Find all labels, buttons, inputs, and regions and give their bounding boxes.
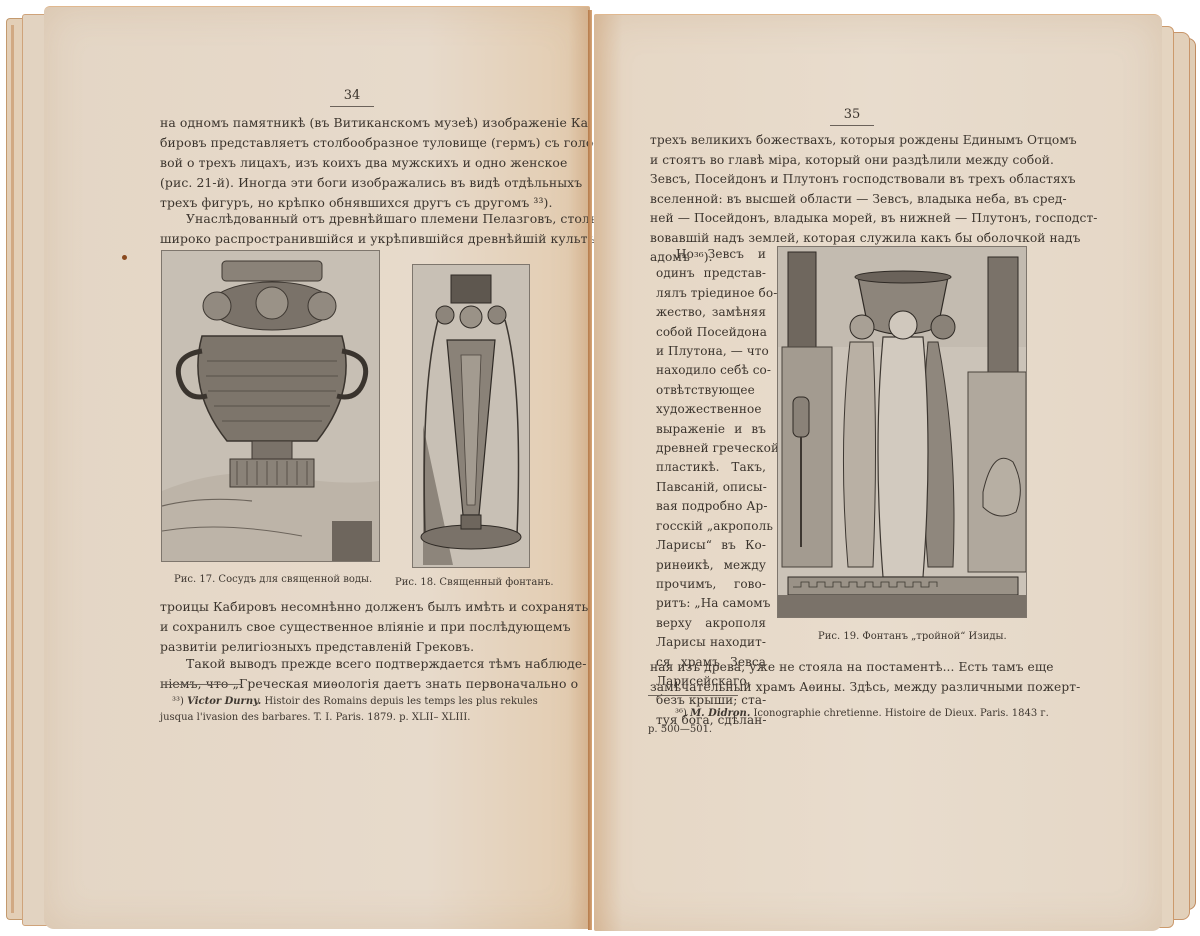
text-line: собой Посейдона	[656, 323, 766, 342]
book-gutter	[588, 10, 592, 930]
text-line: выраженiе и въ	[656, 420, 766, 439]
text-line: и сохранилъ свое существенное влiянiе и …	[160, 617, 543, 637]
fountain-icon	[413, 265, 529, 567]
footnote-text: Iconographie chretienne. Histoire de Die…	[753, 708, 1048, 719]
page-number-right: 35	[822, 107, 882, 122]
text-line: госскiй „акрополь	[656, 517, 766, 536]
footnote-rule-left	[162, 684, 242, 685]
text-line: Ларисы находит-	[656, 633, 766, 652]
text-line: вая подробно Ар-	[656, 497, 766, 516]
statue-group-icon	[778, 247, 1026, 617]
right-paragraph-2: ная изъ древа, уже не стояла на постамен…	[650, 658, 1034, 697]
text-line: находило себѣ со-	[656, 361, 766, 380]
left-paragraph-3: троицы Кабировъ несомнѣнно долженъ былъ …	[160, 597, 543, 657]
figure-18-fountain-engraving	[412, 264, 530, 568]
footnote-rule-right	[648, 695, 738, 696]
vessel-icon	[162, 251, 379, 561]
page-number-left: 34	[322, 88, 382, 103]
text-line: троицы Кабировъ несомнѣнно долженъ былъ …	[160, 597, 543, 617]
text-line: лялъ трiединое бо-	[656, 284, 766, 303]
figure-17-vessel-engraving	[161, 250, 380, 562]
text-line: ней — Посейдонъ, владыка морей, въ нижне…	[650, 209, 1034, 229]
text-line: отвѣтствующее	[656, 381, 766, 400]
open-book: 34 на одномъ памятникѣ (въ Витиканскомъ …	[0, 0, 1200, 936]
text-line: художественное	[656, 400, 766, 419]
left-paragraph-1: на одномъ памятникѣ (въ Витиканскомъ муз…	[160, 113, 543, 213]
text-line: Унаслѣдованный отъ древнѣйшаго племени П…	[160, 209, 543, 229]
figure-19-caption: Рис. 19. Фонтанъ „тройной“ Изиды.	[818, 631, 1007, 642]
text-line: трехъ великихъ божествахъ, которыя рожде…	[650, 131, 1034, 151]
text-line: и стоятъ во главѣ мiра, который они разд…	[650, 151, 1034, 171]
text-line: вой о трехъ лицахъ, изъ коихъ два мужски…	[160, 153, 543, 173]
footnote-36-line-2: p. 500—501.	[648, 722, 712, 738]
footnote-author: M. Didron.	[690, 708, 750, 719]
text-line: ная изъ древа, уже не стояла на постамен…	[650, 658, 1034, 678]
footnote-33: ³³) Victor Durny. Histoir des Romains de…	[172, 694, 538, 710]
text-line: на одномъ памятникѣ (въ Витиканскомъ муз…	[160, 113, 543, 133]
text-line: широко распространившiйся и укрѣпившiйся…	[160, 229, 543, 249]
text-line: ритъ: „На самомъ	[656, 594, 766, 613]
paper-speck	[122, 255, 127, 260]
text-line: прочимъ, гово-	[656, 575, 766, 594]
footnote-marker: ³³)	[172, 696, 184, 707]
text-line: Зевсъ, Посейдонъ и Плутонъ господствовал…	[650, 170, 1034, 190]
text-line: вселенной: въ высшей области — Зевсъ, вл…	[650, 190, 1034, 210]
text-line: жество, замѣняя	[656, 303, 766, 322]
footnote-33-line-2: jusqua l'ivasion des barbares. T. I. Par…	[160, 710, 470, 726]
page-number-rule-left	[330, 106, 374, 107]
text-line: бировъ представляетъ столбообразное туло…	[160, 133, 543, 153]
page-number-rule-right	[830, 125, 874, 126]
text-line: Павсанiй, описы-	[656, 478, 766, 497]
footnote-36: ³⁶) M. Didron. Iconographie chretienne. …	[675, 706, 1049, 722]
text-line: древней греческой	[656, 439, 766, 458]
text-line: одинъ представ-	[656, 264, 766, 283]
left-paragraph-4: Такой выводъ прежде всего подтверждается…	[160, 654, 543, 694]
text-line: верху акрополя	[656, 614, 766, 633]
figure-18-caption: Рис. 18. Священный фонтанъ.	[395, 577, 554, 588]
figure-19-triple-isis-engraving	[777, 246, 1027, 618]
figure-17-caption: Рис. 17. Сосудъ для священной воды.	[174, 574, 372, 585]
text-line: Но Зевсъ и	[656, 245, 766, 264]
text-line: Такой выводъ прежде всего подтверждается…	[160, 654, 543, 674]
footnote-author: Victor Durny.	[187, 696, 261, 707]
text-line: и Плутона, — что	[656, 342, 766, 361]
text-line: Ларисы“ въ Ко-	[656, 536, 766, 555]
footnote-marker: ³⁶)	[675, 708, 687, 719]
footnote-text: Histoir des Romains depuis les temps les…	[264, 696, 537, 707]
text-line: пластикѣ. Такъ,	[656, 458, 766, 477]
left-paragraph-2: Унаслѣдованный отъ древнѣйшаго племени П…	[160, 209, 543, 249]
text-line: (рис. 21-й). Иногда эти боги изображалис…	[160, 173, 543, 193]
text-line: ринѳикѣ, между	[656, 556, 766, 575]
